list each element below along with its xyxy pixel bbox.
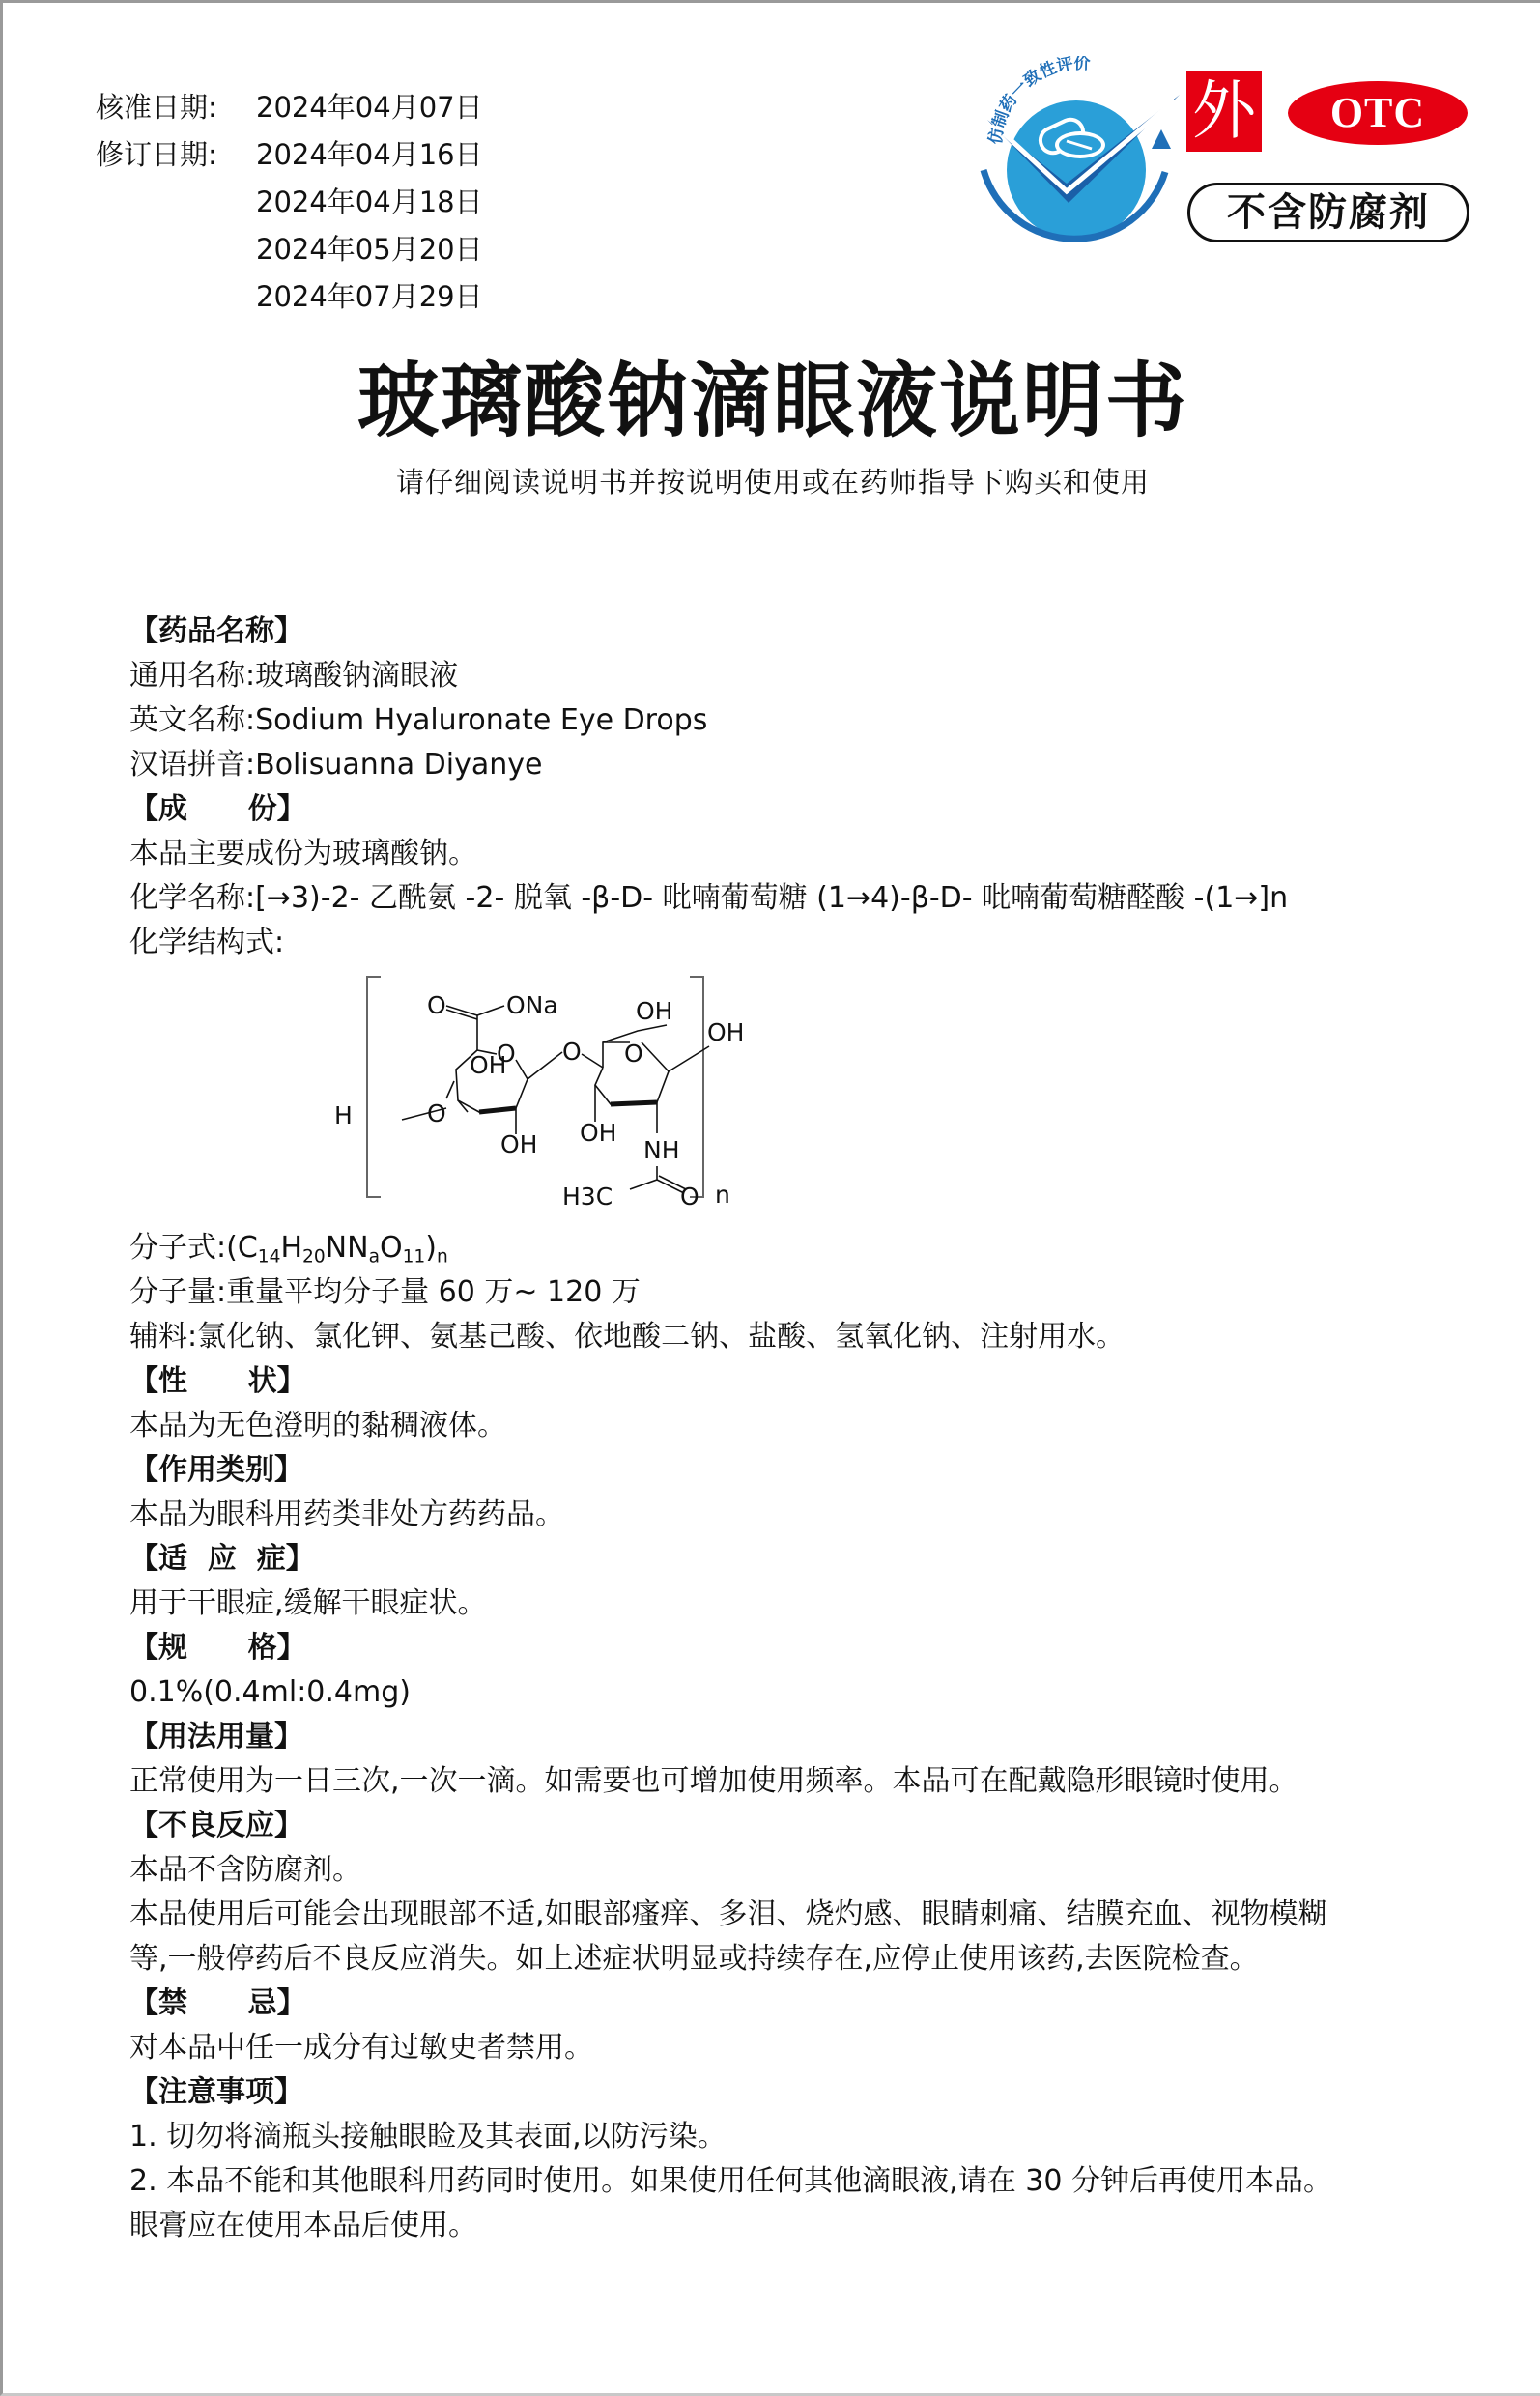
svg-text:H: H <box>334 1101 353 1129</box>
adverse-text: 本品不含防腐剂。 <box>129 1848 1501 1893</box>
molecular-formula: 分子式:(C14H20NNaO11)n <box>129 1226 1501 1270</box>
section-heading-adverse: 【不良反应】 <box>129 1804 1501 1848</box>
specification-text: 0.1%(0.4ml:0.4mg) <box>129 1670 1501 1715</box>
section-heading-category: 【作用类别】 <box>129 1448 1501 1493</box>
section-heading-description: 【性 状】 <box>129 1359 1501 1404</box>
revision-date-row: 2024年04月18日 <box>96 179 483 226</box>
molecular-weight: 分子量:重量平均分子量 60 万~ 120 万 <box>129 1270 1501 1315</box>
structure-label: 化学结构式: <box>129 921 1501 965</box>
adverse-text: 本品使用后可能会出现眼部不适,如眼部瘙痒、多泪、烧灼感、眼睛刺痛、结膜充血、视物… <box>129 1893 1501 1937</box>
generic-consistency-logo: 仿制药一致性评价 <box>972 56 1189 254</box>
english-name: 英文名称:Sodium Hyaluronate Eye Drops <box>129 699 1501 743</box>
preservative-free-badge: 不含防腐剂 <box>1187 183 1469 242</box>
dates-block: 核准日期: 2024年04月07日 修订日期: 2024年04月16日 2024… <box>96 84 483 321</box>
svg-text:OH: OH <box>580 1119 616 1147</box>
approval-date-row: 核准日期: 2024年04月07日 <box>96 84 483 131</box>
approval-date: 2024年04月07日 <box>256 84 483 131</box>
approval-date-label: 核准日期: <box>96 84 256 131</box>
svg-text:O: O <box>680 1183 699 1211</box>
section-heading-specification: 【规 格】 <box>129 1626 1501 1670</box>
revision-date-row: 2024年05月20日 <box>96 226 483 273</box>
svg-text:O: O <box>427 1099 446 1127</box>
svg-text:OH: OH <box>500 1130 537 1158</box>
precaution-item: 2. 本品不能和其他眼科用药同时使用。如果使用任何其他滴眼液,请在 30 分钟后… <box>129 2159 1501 2204</box>
svg-text:O: O <box>497 1040 516 1068</box>
section-heading-indications: 【适 应 症】 <box>129 1537 1501 1582</box>
svg-text:NH: NH <box>643 1136 680 1164</box>
svg-text:H3C: H3C <box>562 1183 613 1211</box>
svg-text:n: n <box>715 1181 730 1209</box>
adverse-text: 等,一般停药后不良反应消失。如上述症状明显或持续存在,应停止使用该药,去医院检查… <box>129 1937 1501 1982</box>
checkmark-pill-icon: 仿制药一致性评价 <box>972 56 1189 254</box>
otc-badge: OTC <box>1288 81 1468 145</box>
instruction-content: 【药品名称】 通用名称:玻璃酸钠滴眼液 英文名称:Sodium Hyaluron… <box>129 610 1501 2248</box>
revision-date-label: 修订日期: <box>96 131 256 179</box>
chemical-name: 化学名称:[→3)-2- 乙酰氨 -2- 脱氧 -β-D- 吡喃葡萄糖 (1→4… <box>129 876 1501 921</box>
svg-text:ONa: ONa <box>506 991 558 1019</box>
section-heading-name: 【药品名称】 <box>129 610 1501 654</box>
section-heading-contraindications: 【禁 忌】 <box>129 1982 1501 2026</box>
precaution-item: 眼膏应在使用本品后使用。 <box>129 2204 1501 2248</box>
svg-text:O: O <box>427 991 446 1019</box>
pinyin-name: 汉语拼音:Bolisuanna Diyanye <box>129 743 1501 787</box>
svg-text:O: O <box>624 1040 643 1068</box>
section-heading-precautions: 【注意事项】 <box>129 2070 1501 2115</box>
instruction-sheet: 核准日期: 2024年04月07日 修订日期: 2024年04月16日 2024… <box>0 0 1540 2396</box>
indications-text: 用于干眼症,缓解干眼症状。 <box>129 1582 1501 1626</box>
revision-date: 2024年07月29日 <box>256 273 483 321</box>
contraindications-text: 对本品中任一成分有过敏史者禁用。 <box>129 2026 1501 2070</box>
page-subtitle: 请仔细阅读说明书并按说明使用或在药师指导下购买和使用 <box>3 463 1540 501</box>
precaution-item: 1. 切勿将滴瓶头接触眼睑及其表面,以防污染。 <box>129 2115 1501 2159</box>
description-text: 本品为无色澄明的黏稠液体。 <box>129 1404 1501 1448</box>
revision-date: 2024年05月20日 <box>256 226 483 273</box>
main-ingredient: 本品主要成份为玻璃酸钠。 <box>129 832 1501 876</box>
revision-date-row: 2024年07月29日 <box>96 273 483 321</box>
page-title: 玻璃酸钠滴眼液说明书 <box>3 353 1540 449</box>
excipients: 辅料:氯化钠、氯化钾、氨基己酸、依地酸二钠、盐酸、氢氧化钠、注射用水。 <box>129 1315 1501 1359</box>
generic-name: 通用名称:玻璃酸钠滴眼液 <box>129 654 1501 699</box>
revision-date: 2024年04月18日 <box>256 179 483 226</box>
svg-text:OH: OH <box>707 1018 744 1046</box>
external-use-badge: 外 <box>1186 71 1262 152</box>
dosage-text: 正常使用为一日三次,一次一滴。如需要也可增加使用频率。本品可在配戴隐形眼镜时使用… <box>129 1759 1501 1804</box>
svg-text:OH: OH <box>636 997 672 1025</box>
category-text: 本品为眼科用药类非处方药药品。 <box>129 1493 1501 1537</box>
revision-date: 2024年04月16日 <box>256 131 483 179</box>
chemical-structure-diagram: O ONa OH O O OH OH H O OH O OH NH H3C O … <box>323 965 902 1226</box>
revision-date-row: 修订日期: 2024年04月16日 <box>96 131 483 179</box>
svg-text:O: O <box>562 1038 582 1066</box>
section-heading-composition: 【成 份】 <box>129 787 1501 832</box>
hyaluronate-structure-icon: O ONa OH O O OH OH H O OH O OH NH H3C O … <box>323 965 902 1226</box>
section-heading-dosage: 【用法用量】 <box>129 1715 1501 1759</box>
